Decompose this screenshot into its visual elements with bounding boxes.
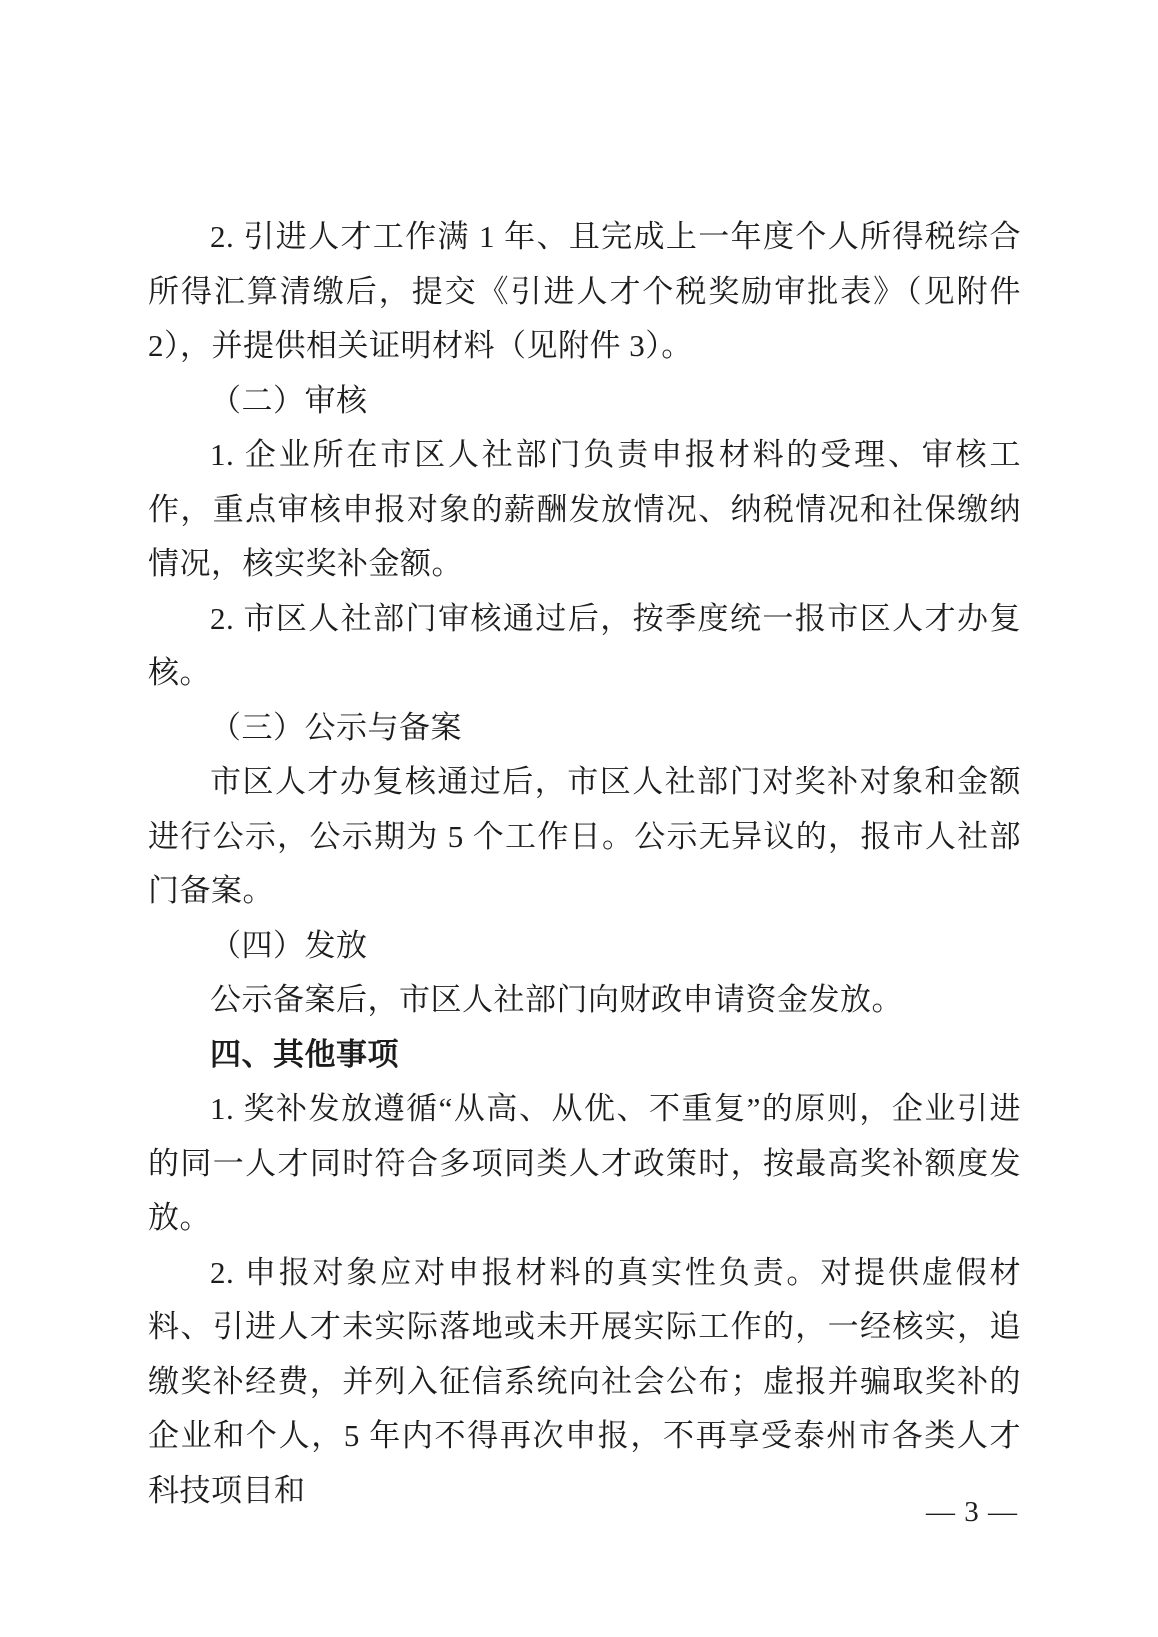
subsection-heading: （三）公示与备案 — [148, 701, 1021, 756]
page-number: — 3 — — [926, 1492, 1018, 1532]
subsection-heading: （二）审核 — [148, 374, 1021, 429]
body-paragraph: 2. 申报对象应对申报材料的真实性负责。对提供虚假材料、引进人才未实际落地或未开… — [148, 1246, 1021, 1519]
document-page: 2. 引进人才工作满 1 年、且完成上一年度个人所得税综合所得汇算清缴后，提交《… — [0, 0, 1158, 1637]
body-paragraph: 2. 引进人才工作满 1 年、且完成上一年度个人所得税综合所得汇算清缴后，提交《… — [148, 210, 1021, 374]
subsection-heading: （四）发放 — [148, 919, 1021, 974]
body-paragraph: 1. 奖补发放遵循“从高、从优、不重复”的原则，企业引进的同一人才同时符合多项同… — [148, 1082, 1021, 1246]
section-heading: 四、其他事项 — [148, 1028, 1021, 1083]
document-body: 2. 引进人才工作满 1 年、且完成上一年度个人所得税综合所得汇算清缴后，提交《… — [148, 210, 1021, 1518]
body-paragraph: 市区人才办复核通过后，市区人社部门对奖补对象和金额进行公示，公示期为 5 个工作… — [148, 755, 1021, 919]
body-paragraph: 公示备案后，市区人社部门向财政申请资金发放。 — [148, 973, 1021, 1028]
body-paragraph: 1. 企业所在市区人社部门负责申报材料的受理、审核工作，重点审核申报对象的薪酬发… — [148, 428, 1021, 592]
body-paragraph: 2. 市区人社部门审核通过后，按季度统一报市区人才办复核。 — [148, 592, 1021, 701]
